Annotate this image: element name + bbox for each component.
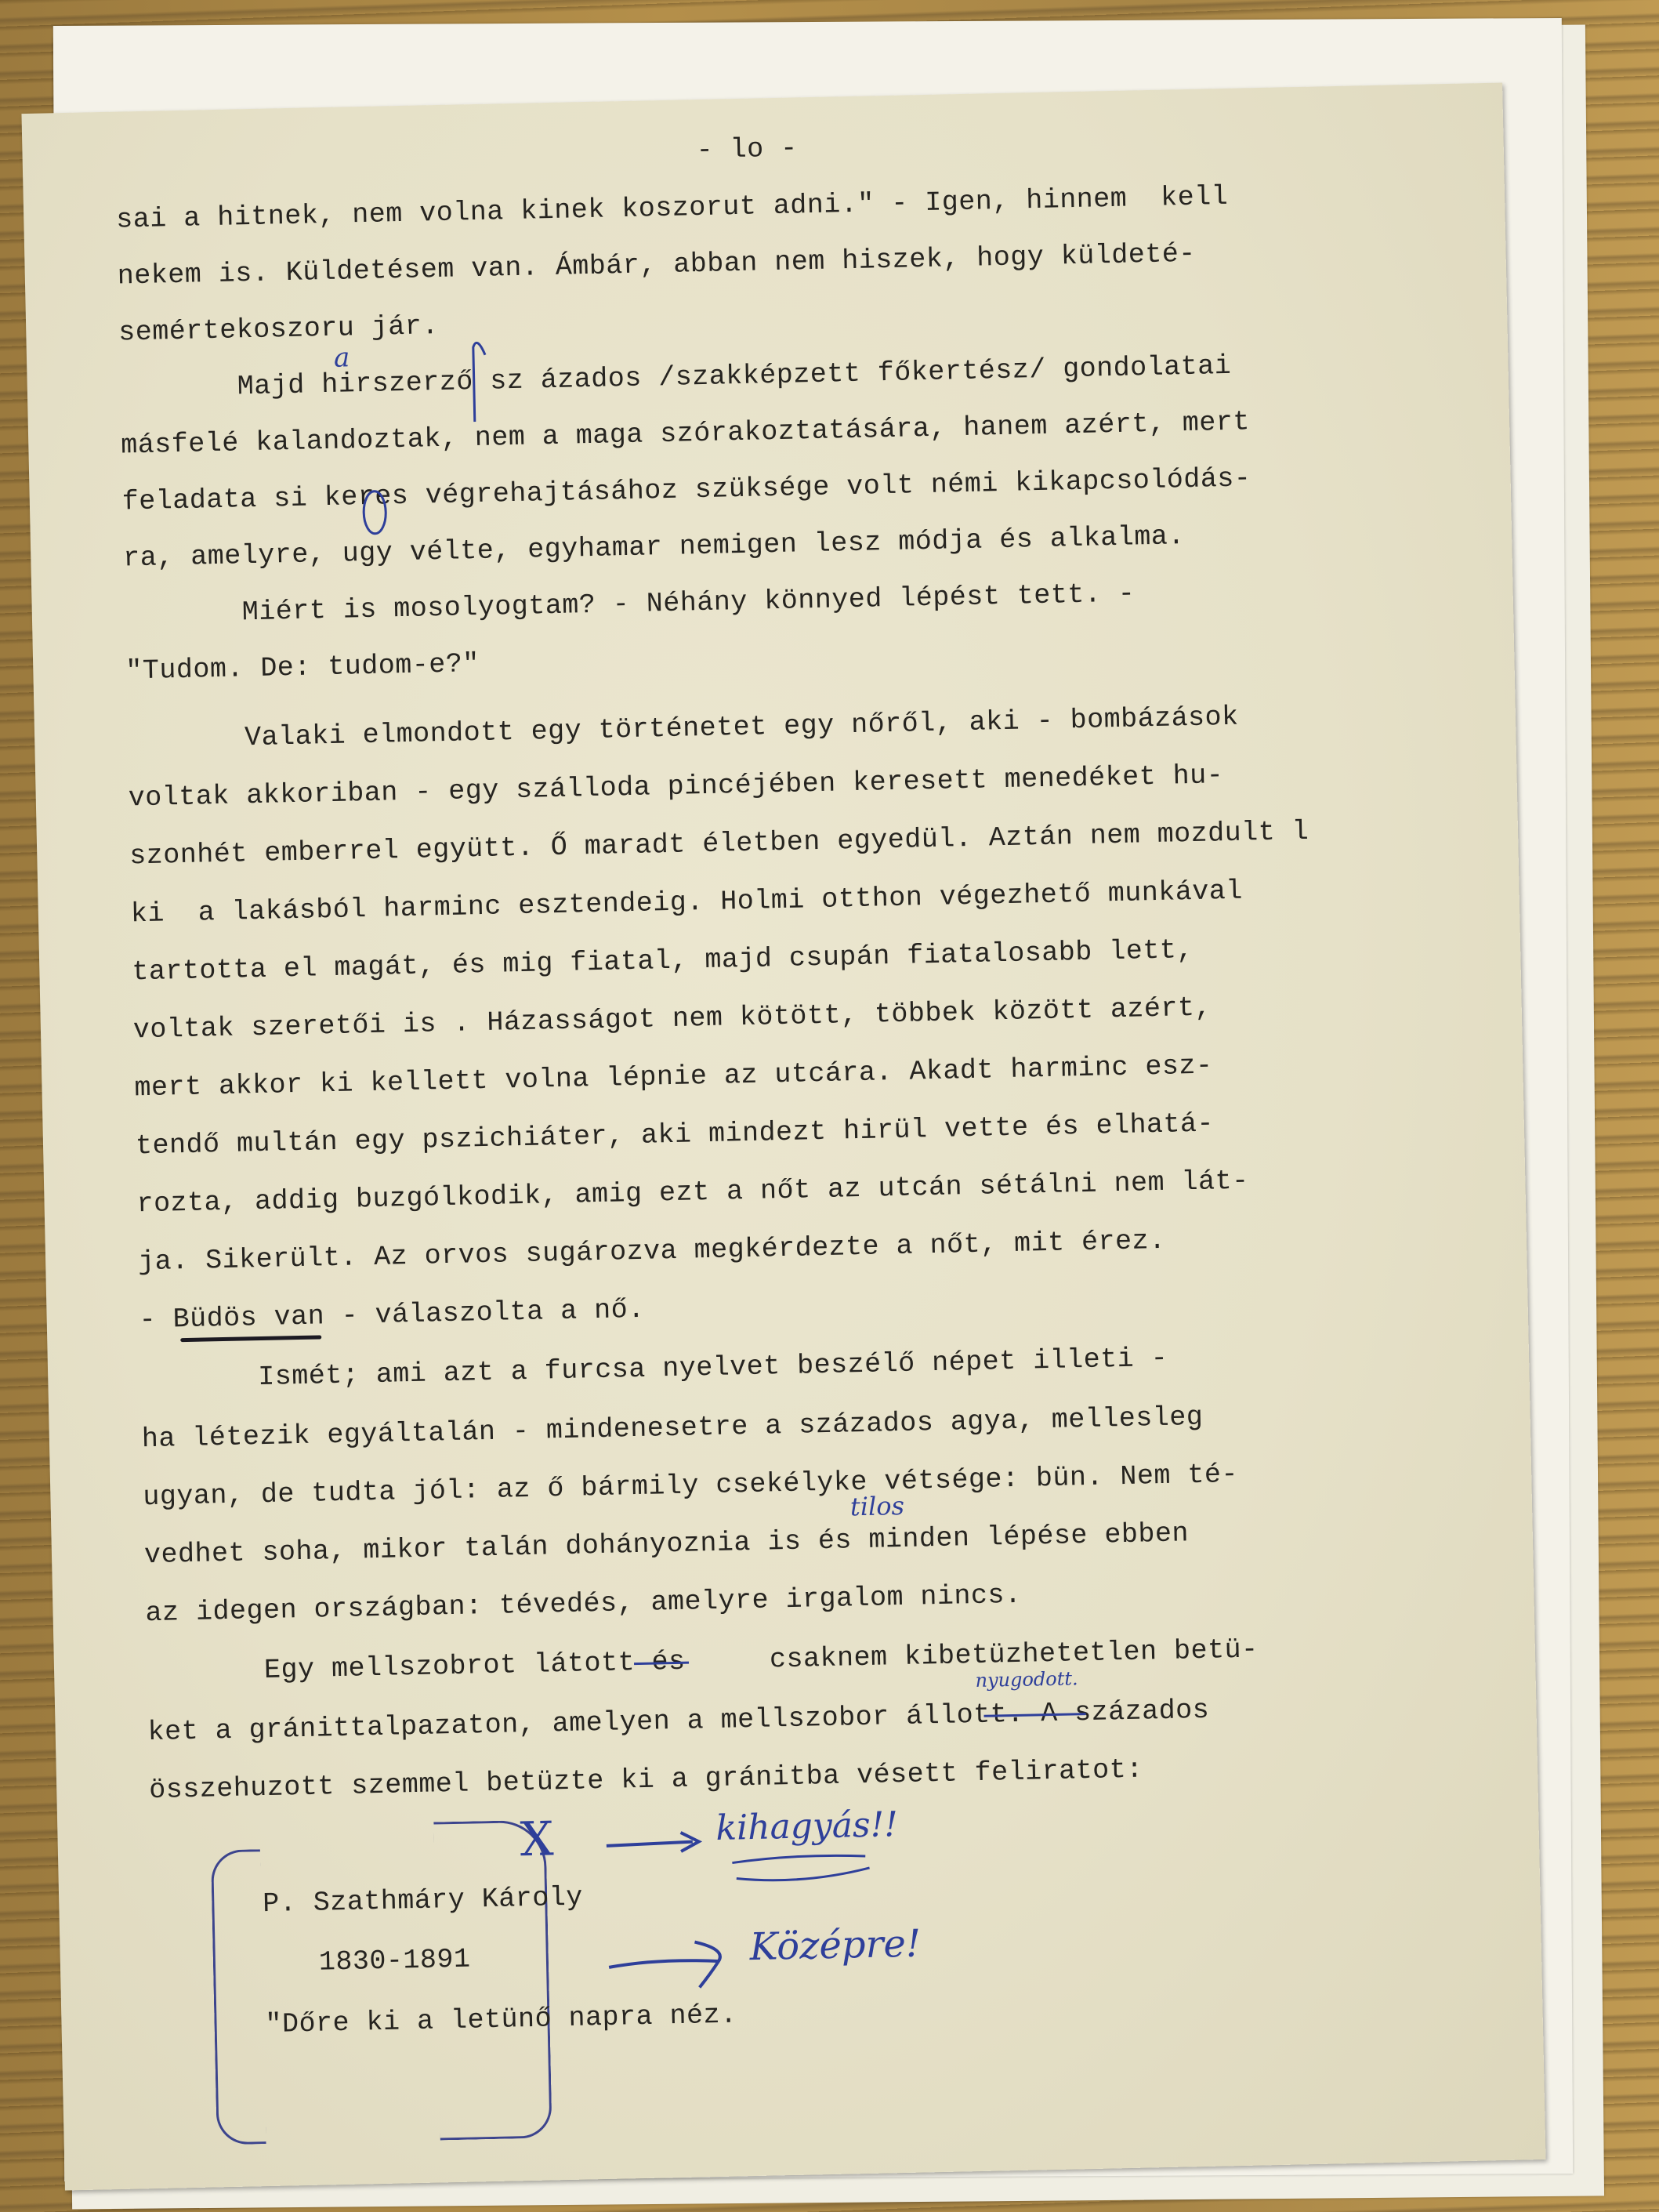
arrow-icon <box>608 1925 743 1991</box>
note-center: Középre! <box>749 1922 922 1970</box>
underline-mark <box>180 1335 321 1342</box>
right-bracket-mark <box>433 1820 552 2141</box>
text-line: az idegen országban: tévedés, amelyre ir… <box>145 1579 1022 1629</box>
text-line: ha létezik egyáltalán - mindenesetre a s… <box>141 1402 1203 1455</box>
text-line: voltak akkoriban - egy szálloda pincéjéb… <box>128 760 1223 814</box>
text-line: semértekoszoru jár. <box>118 310 439 349</box>
double-underline-mark <box>732 1851 889 1894</box>
text-line: Egy mellszobrot látott és csaknem kibetü… <box>147 1634 1259 1688</box>
typewritten-page: - lo - sai a hitnek, nem volna kinek kos… <box>21 83 1545 2191</box>
page-number: - lo - <box>696 132 798 166</box>
text-line: Majd hirszerző sz ázados /szakképzett fő… <box>119 350 1231 405</box>
arrow-icon <box>606 1824 708 1858</box>
text-line: feladata si keres végrehajtásához szüksé… <box>121 462 1251 517</box>
text-line: ki a lakásból harminc esztendeig. Holmi … <box>130 876 1243 930</box>
insert-a-annotation: a <box>334 342 350 373</box>
insert-nyugodott-annotation: nyugodott. <box>975 1667 1078 1692</box>
text-line: tendő multán egy pszichiáter, aki mindez… <box>136 1108 1215 1162</box>
note-omission: kihagyás!! <box>715 1804 899 1848</box>
text-line: vedhet soha, mikor talán dohányoznia is … <box>144 1518 1190 1571</box>
inscription-quote: "Dőre ki a letünő napra néz. <box>265 1999 737 2040</box>
inscription-name: P. Szathmáry Károly <box>263 1882 583 1920</box>
text-line: rozta, addig buzgólkodik, amig ezt a nőt… <box>136 1166 1249 1220</box>
text-line: ugyan, de tudta jól: az ő bármily csekél… <box>143 1459 1238 1513</box>
insert-tilos-annotation: tilos <box>850 1491 905 1521</box>
text-line: mert akkor ki kellett volna lépnie az ut… <box>134 1050 1213 1104</box>
text-line: - Büdös van - válaszolta a nő. <box>139 1294 645 1336</box>
text-line: "Tudom. De: tudom-e?" <box>125 648 480 687</box>
text-line: összehuzott szemmel betüzte ki a gránitb… <box>149 1754 1143 1807</box>
text-line: Ismét; ami azt a furcsa nyelvet beszélő … <box>140 1343 1168 1395</box>
left-bracket-mark <box>211 1849 266 2145</box>
text-line: másfelé kalandoztak, nem a maga szórakoz… <box>121 406 1250 461</box>
inscription-years: 1830-1891 <box>319 1944 471 1978</box>
text-line: voltak szeretői is . Házasságot nem kötö… <box>133 992 1212 1046</box>
circle-mark <box>359 490 391 538</box>
x-mark: X <box>520 1811 554 1867</box>
text-line: ra, amelyre, ugy vélte, egyhamar nemigen… <box>123 520 1185 574</box>
text-line: ket a gránittalpazaton, amelyen a mellsz… <box>147 1695 1209 1748</box>
text-line: szonhét emberrel együtt. Ő maradt életbe… <box>129 816 1309 872</box>
text-line: tartotta el magát, és mig fiatal, majd c… <box>132 934 1194 988</box>
text-line: sai a hitnek, nem volna kinek koszorut a… <box>116 181 1229 236</box>
text-line: Valaki elmondott egy történetet egy nőrő… <box>127 702 1239 756</box>
caret-insert-mark <box>465 339 491 426</box>
text-line: Miért is mosolyogtam? - Néhány könnyed l… <box>124 578 1135 630</box>
text-line: ja. Sikerült. Az orvos sugározva megkérd… <box>138 1225 1166 1278</box>
text-line: nekem is. Küldetésem van. Ámbár, abban n… <box>117 238 1196 292</box>
